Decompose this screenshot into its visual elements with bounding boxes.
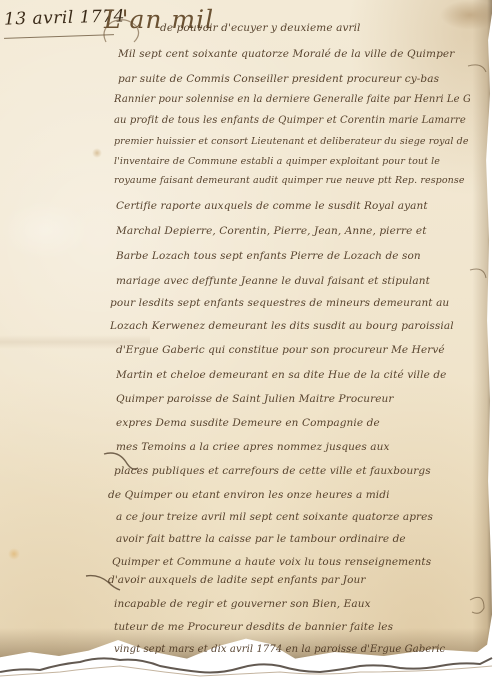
manuscript-line: au profit de tous les enfants de Quimper… — [114, 115, 470, 126]
water-stain — [0, 200, 90, 260]
manuscript-line: l'inventaire de Commune establi a quimpe… — [114, 156, 470, 167]
manuscript-line: tuteur de me Procureur desdits de bannie… — [114, 621, 470, 633]
manuscript-line: avoir fait battre la caisse par le tambo… — [116, 533, 470, 545]
manuscript-line: Mil sept cent soixante quatorze Moralé d… — [118, 48, 470, 60]
water-stain — [8, 548, 20, 560]
manuscript-line: a ce jour treize avril mil sept cent soi… — [116, 511, 470, 523]
manuscript-line: par suite de Commis Conseiller president… — [118, 73, 470, 85]
manuscript-line: d'avoir auxquels de ladite sept enfants … — [108, 574, 470, 586]
manuscript-line: premier huissier et consort Lieutenant e… — [114, 136, 470, 147]
manuscript-line: Martin et cheloe demeurant en sa dite Hu… — [116, 369, 470, 381]
manuscript-line: Lozach Kerwenez demeurant les dits susdi… — [110, 320, 470, 332]
manuscript-line: Certifie raporte auxquels de comme le su… — [116, 200, 470, 212]
torn-bottom-edge — [0, 650, 500, 690]
manuscript-line: Quimper et Commune a haute voix lu tous … — [112, 556, 470, 568]
manuscript-line: de Quimper ou etant environ les onze heu… — [108, 489, 470, 501]
manuscript-line: places publiques et carrefours de cette … — [114, 465, 470, 477]
manuscript-line: Quimper paroisse de Saint Julien Maitre … — [116, 393, 470, 405]
manuscript-line: de pouvoir d'ecuyer y deuxieme avril — [160, 22, 470, 34]
manuscript-line: incapable de regir et gouverner son Bien… — [114, 598, 470, 610]
manuscript-line: vingt sept mars et dix avril 1774 en la … — [114, 644, 470, 655]
manuscript-line: mariage avec deffunte Jeanne le duval fa… — [116, 275, 470, 287]
manuscript-line: pour lesdits sept enfants sequestres de … — [110, 297, 470, 309]
water-stain — [92, 148, 102, 158]
manuscript-line: d'Ergue Gaberic qui constitue pour son p… — [116, 344, 470, 356]
manuscript-line: Barbe Lozach tous sept enfants Pierre de… — [116, 250, 470, 262]
manuscript-line: Marchal Depierre, Corentin, Pierre, Jean… — [116, 225, 470, 237]
manuscript-line: expres Dema susdite Demeure en Compagnie… — [116, 417, 470, 429]
manuscript-line: royaume faisant demeurant audit quimper … — [114, 175, 470, 186]
manuscript-line: Rannier pour solennise en la derniere Ge… — [114, 94, 470, 105]
manuscript-line: mes Temoins a la criee apres nommez jusq… — [116, 441, 470, 453]
